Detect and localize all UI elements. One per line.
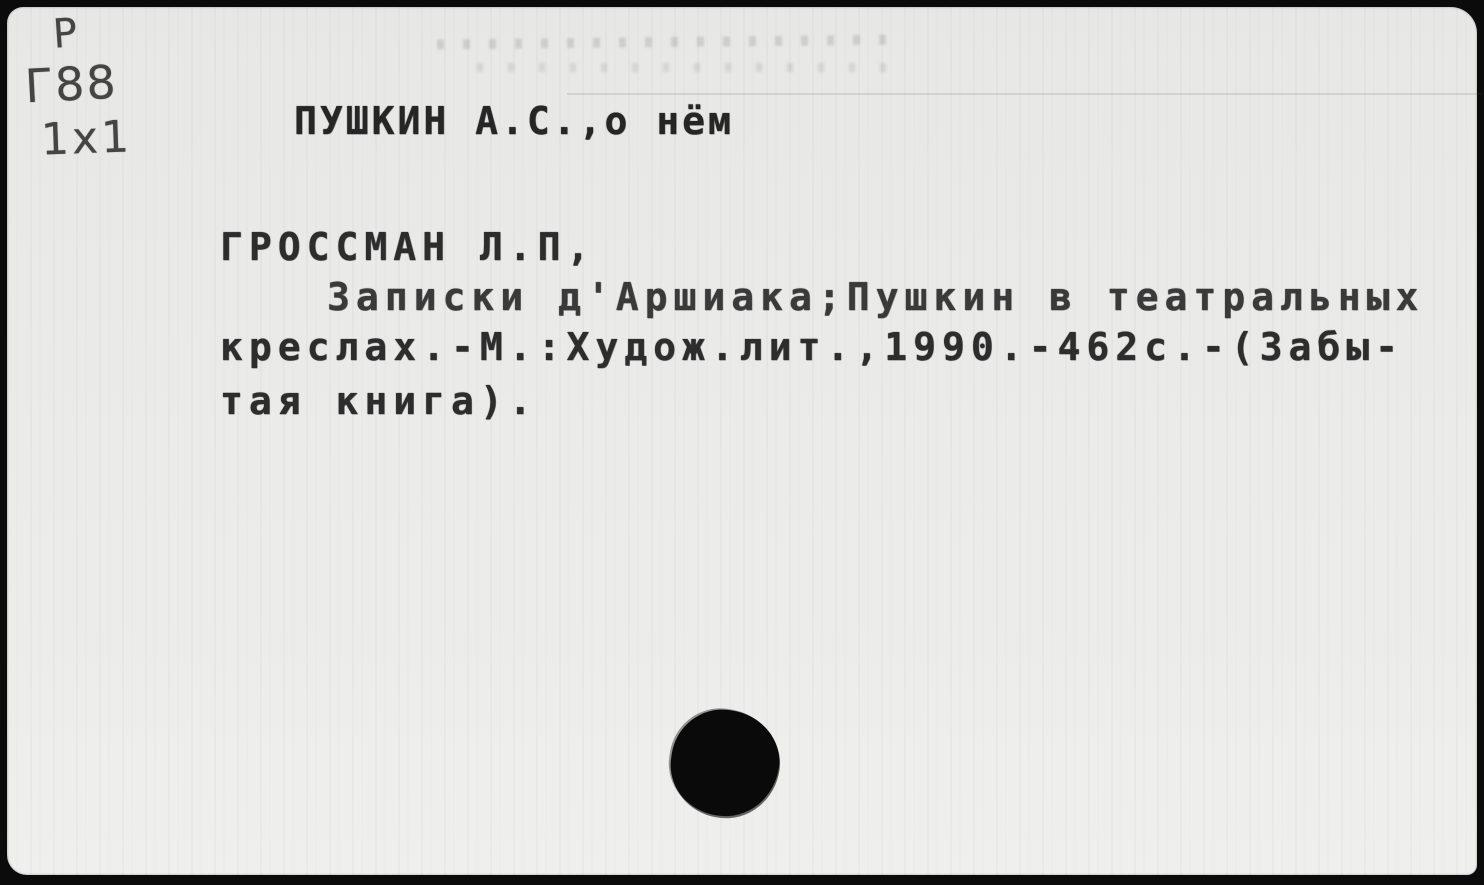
entry-series: тая книга). bbox=[220, 379, 538, 423]
entry-title: Записки д'Аршиака;Пушкин в театральных bbox=[327, 275, 1424, 319]
call-number-cutter: Г88 bbox=[24, 55, 119, 114]
erased-pencil-smudge bbox=[437, 35, 897, 50]
scan-crease-line bbox=[567, 93, 1482, 95]
subject-heading: ПУШКИН А.С.,о нём bbox=[294, 99, 734, 143]
hole-punch bbox=[664, 703, 786, 823]
call-number-region: Р bbox=[51, 10, 78, 58]
entry-imprint: креслах.-М.:Худож.лит.,1990.-462с.-(Забы… bbox=[220, 325, 1404, 369]
call-number-copy: 1х1 bbox=[40, 111, 133, 165]
entry-author: ГРОССМАН Л.П, bbox=[220, 225, 595, 269]
catalog-card: Р Г88 1х1 ПУШКИН А.С.,о нём ГРОССМАН Л.П… bbox=[7, 7, 1477, 875]
erased-pencil-smudge bbox=[477, 63, 897, 72]
scanned-page: Р Г88 1х1 ПУШКИН А.С.,о нём ГРОССМАН Л.П… bbox=[0, 0, 1484, 885]
